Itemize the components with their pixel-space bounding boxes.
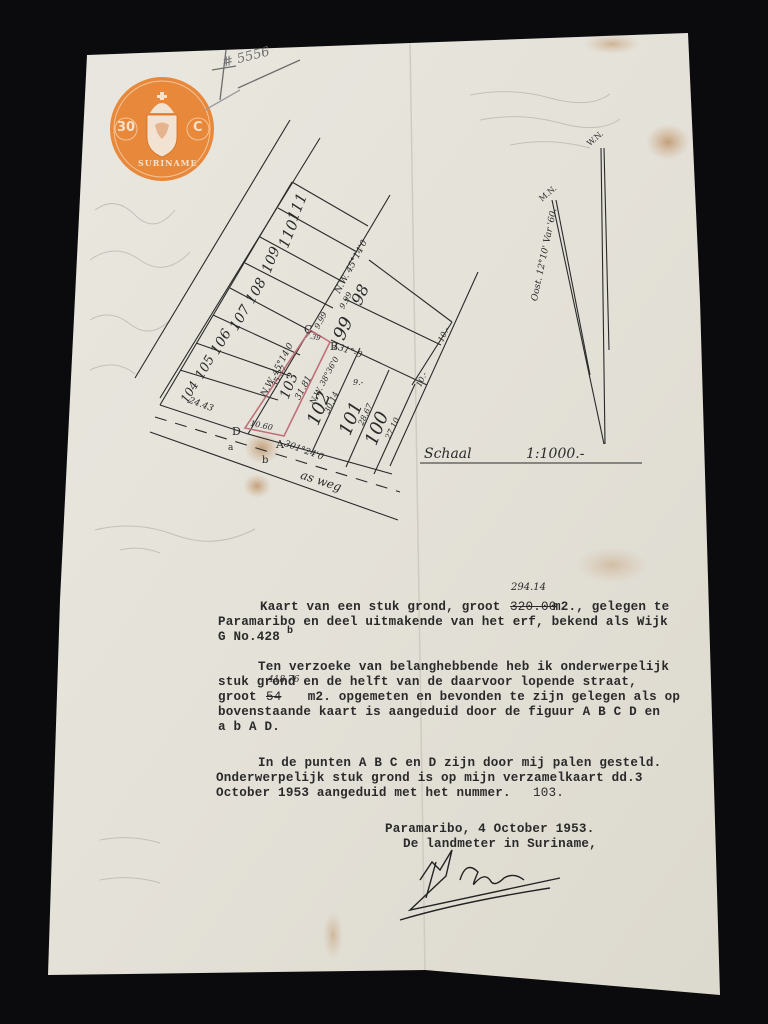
photo-scene [0, 0, 768, 1024]
stain [243, 474, 271, 498]
para1-line1-a: Kaart van een stuk grond, groot [260, 600, 508, 615]
stamp-value-left: 30 [117, 120, 135, 135]
para2-line1: Ten verzoeke van belanghebbende heb ik o… [258, 660, 669, 675]
para2-handwritten-value: 418.76 [268, 675, 300, 685]
para3-line1: In de punten A B C en D zijn door mij pa… [258, 756, 661, 771]
point-D: D [232, 425, 241, 438]
stamp-country: SURINAME [138, 158, 198, 168]
collection-map-number: 103. [533, 786, 564, 801]
para2-line3-b: m2. opgemeten en bevonden te zijn gelege… [300, 690, 680, 705]
stain [576, 547, 648, 583]
para2-struck-value: 54 [266, 690, 282, 705]
para1-handwritten-value: 294.14 [511, 582, 546, 593]
para1-struck-value: 320.00 [510, 600, 557, 615]
point-B: B [330, 340, 338, 353]
point-a: a [228, 443, 233, 453]
place-date: Paramaribo, 4 October 1953. [385, 822, 594, 837]
scale-value: 1:1000.- [526, 446, 584, 462]
point-A: A [276, 438, 284, 451]
para3-line3: October 1953 aangeduid met het nummer. [216, 786, 519, 801]
point-b: b [262, 455, 268, 466]
para1-line3: G No.428 [218, 630, 280, 645]
para1-line2: Paramaribo en deel uitmakende van het er… [218, 615, 668, 630]
para2-line5: a b A D. [218, 720, 280, 735]
point-C: C [304, 323, 312, 336]
signatory-title: De landmeter in Suriname, [403, 837, 597, 852]
para2-line3-a: groot [218, 690, 265, 705]
scale-label: Schaal [424, 446, 472, 462]
para3-line2: Onderwerpelijk stuk grond is op mijn ver… [216, 771, 643, 786]
para1-line1-b: m2., gelegen te [553, 600, 669, 615]
para1-superscript: b [287, 624, 293, 639]
stain [584, 34, 640, 54]
width-9: 9.- [353, 378, 363, 387]
stamp-value-right: C [193, 120, 203, 135]
para2-line4: bovenstaande kaart is aangeduid door de … [218, 705, 660, 720]
stain [323, 911, 343, 959]
stain [646, 124, 690, 160]
